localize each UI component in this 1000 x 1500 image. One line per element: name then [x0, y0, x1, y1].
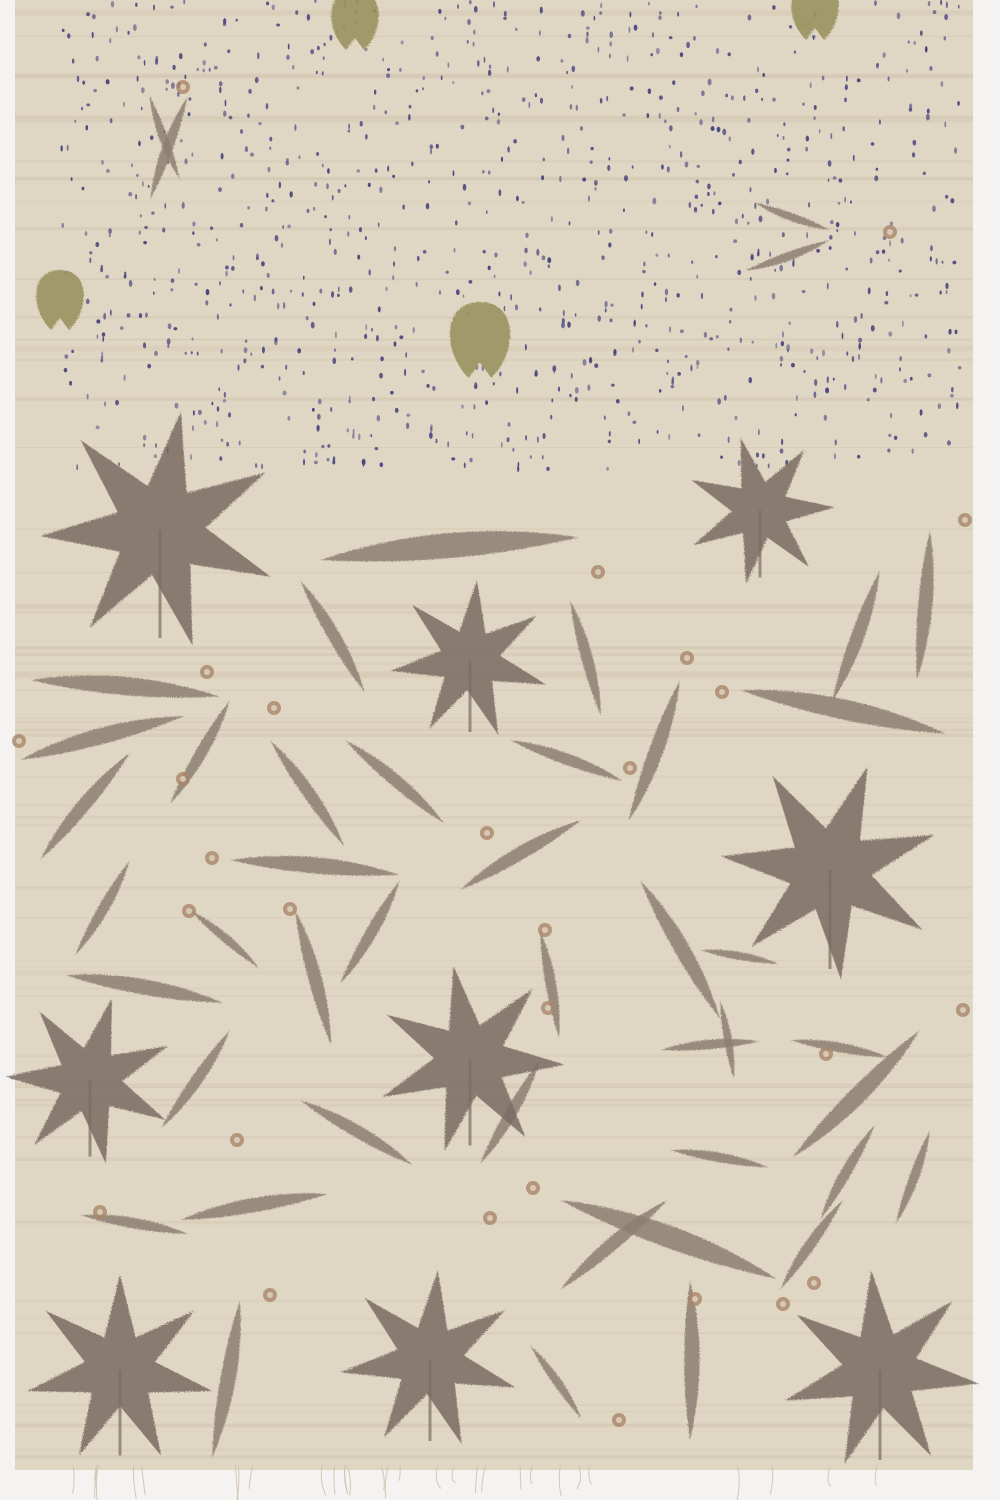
fabric-photo — [0, 0, 1000, 1500]
eco-print-fabric — [0, 0, 1000, 1500]
fabric-cloth — [15, 0, 973, 1500]
